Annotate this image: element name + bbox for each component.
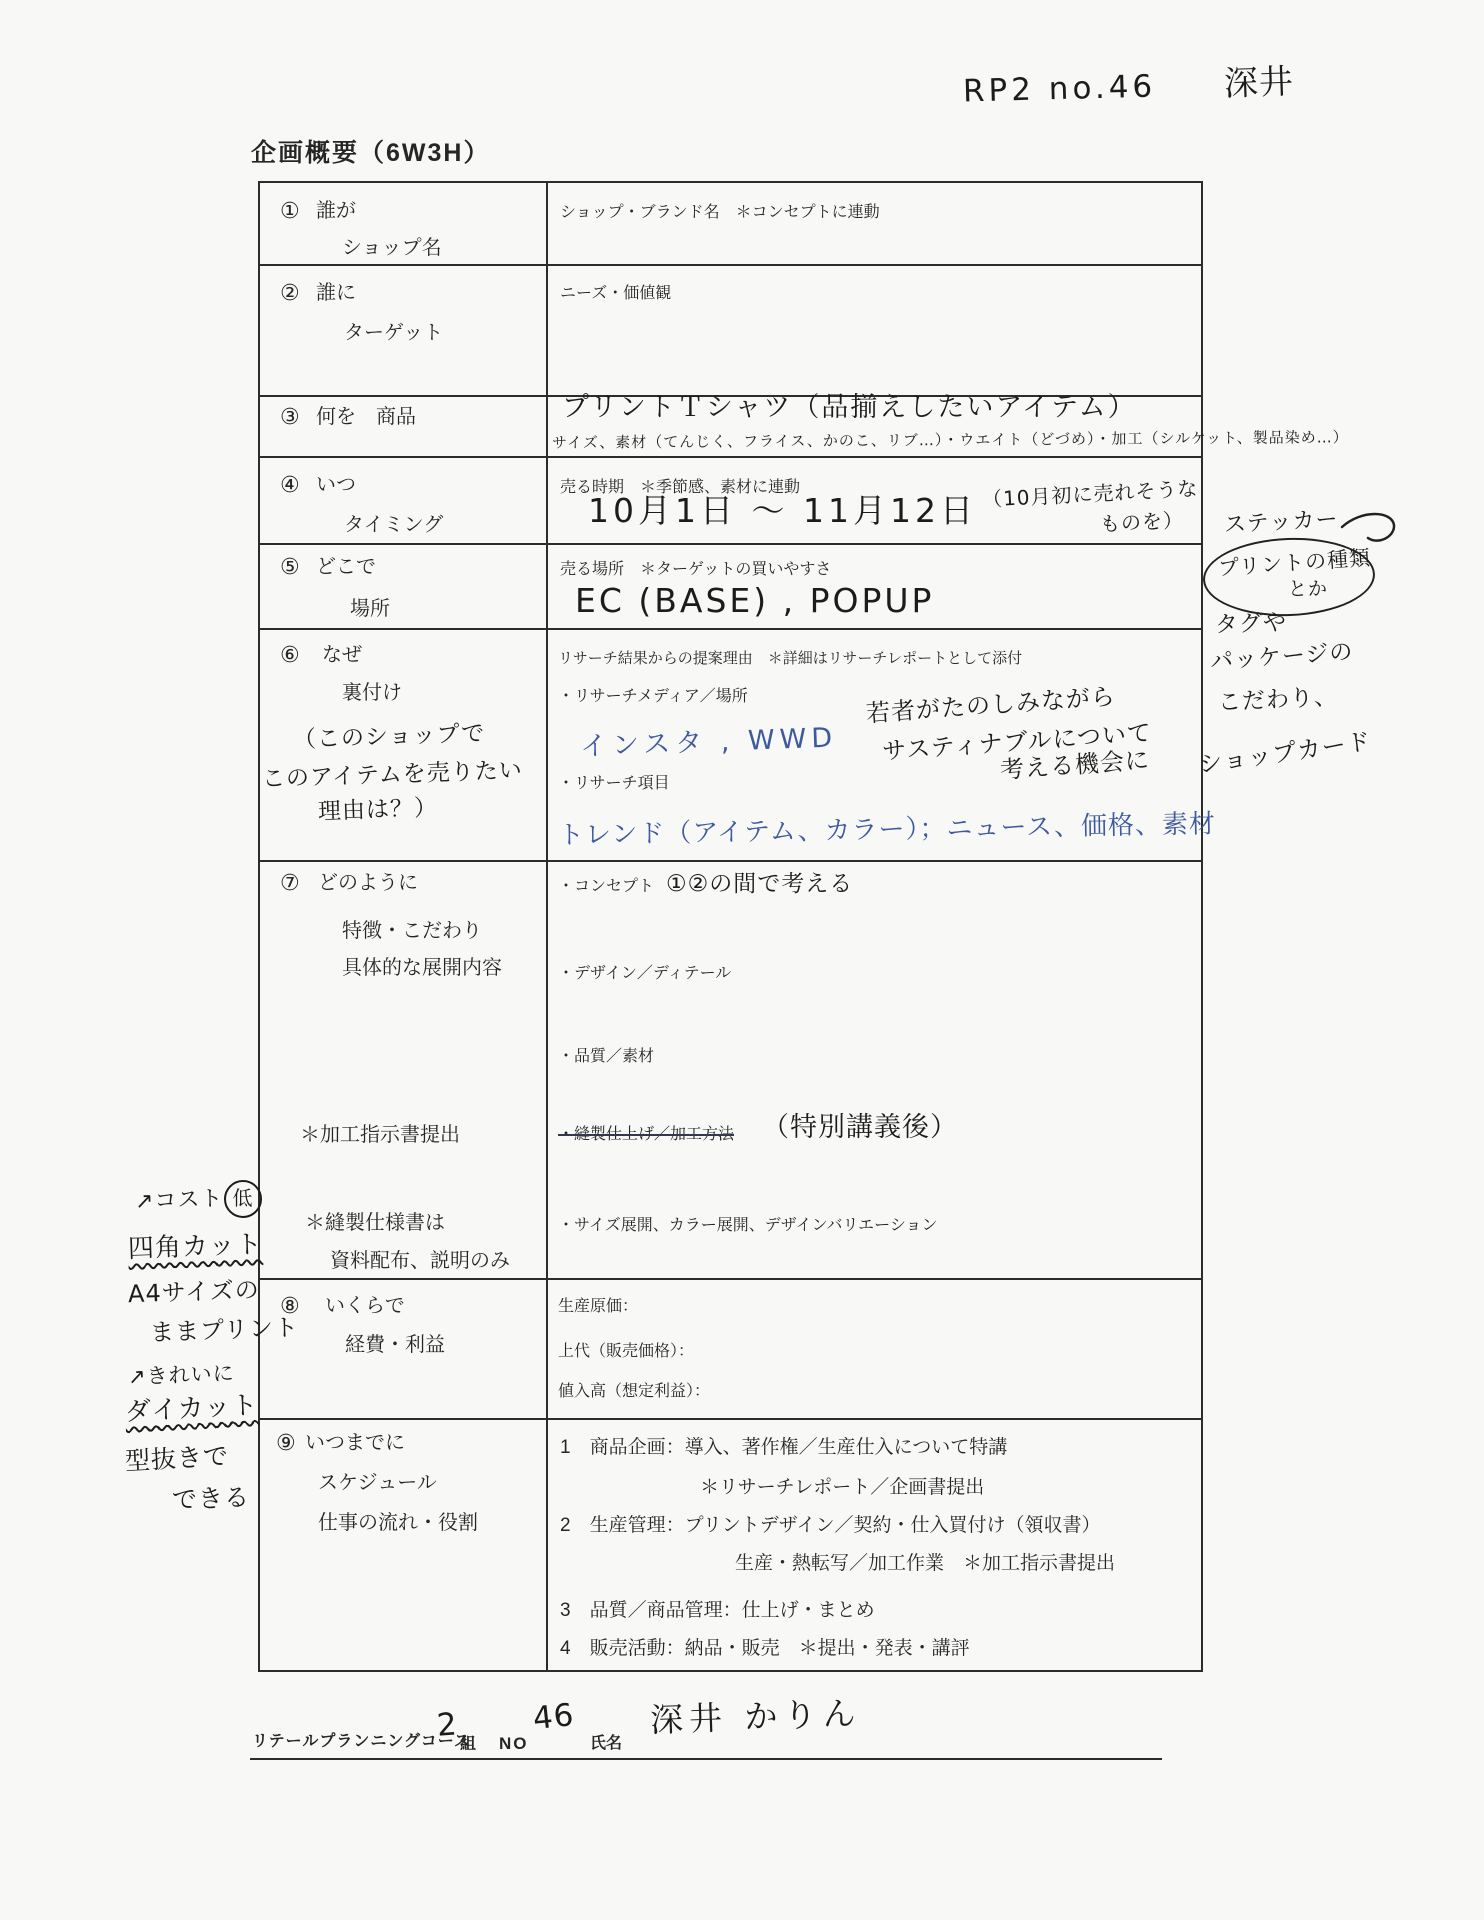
row8-cost-label: 生産原価： — [558, 1298, 638, 1316]
row7-sublabel-4: ＊縫製仕様書は — [305, 1212, 445, 1235]
row7-label: どのように — [318, 872, 418, 895]
row-divider-5 — [258, 628, 1203, 630]
row4-note-handwriting-line2: ものを） — [1099, 509, 1184, 536]
row1-label: 誰が — [316, 200, 356, 223]
row7-sublabel-3: ＊加工指示書提出 — [300, 1124, 460, 1147]
row2-number: ② — [280, 280, 300, 305]
margin-left-as-is-print: ままプリント — [150, 1314, 300, 1347]
row9-schedule-line5: 3 品質／商品管理：仕上げ・まとめ — [560, 1600, 875, 1622]
row3-label: 何を 商品 — [316, 406, 416, 429]
row6-media-label: ・リサーチメディア／場所 — [558, 688, 748, 706]
row1-content-label: ショップ・ブランド名 ＊コンセプトに連動 — [560, 204, 880, 222]
row9-label: いつまでに — [305, 1432, 405, 1455]
row7-sublabel-5: 資料配布、説明のみ — [330, 1250, 510, 1273]
row9-sublabel-2: 仕事の流れ・役割 — [318, 1512, 478, 1535]
row6-label: なぜ — [322, 644, 362, 667]
row5-place-handwriting: EC (BASE) , POPUP — [575, 582, 934, 620]
row9-schedule-line1: 1 商品企画：導入、著作権／生産仕入について特講 — [560, 1437, 1007, 1459]
row7-sublabel-2: 具体的な展開内容 — [342, 957, 502, 980]
margin-right-sticker: ステッカー — [1223, 507, 1339, 538]
footer-class-value: 2 — [436, 1707, 459, 1744]
row6-sublabel: 裏付け — [342, 682, 402, 705]
page-title: 企画概要（6W3H） — [251, 139, 490, 168]
row5-content-label: 売る場所 ＊ターゲットの買いやすさ — [560, 561, 831, 579]
row1-number: ① — [280, 198, 300, 223]
row9-sublabel-1: スケジュール — [318, 1472, 437, 1495]
row9-number: ⑨ — [276, 1430, 296, 1455]
margin-left-clean-arrow: ↗きれいに — [128, 1361, 235, 1389]
row9-schedule-line6: 4 販売活動：納品・販売 ＊提出・発表・講評 — [560, 1638, 970, 1660]
row7-sublabel-1: 特徴・こだわり — [342, 920, 482, 943]
row6-items-label: ・リサーチ項目 — [558, 775, 670, 793]
header-name: 深井 — [1223, 63, 1294, 105]
sticker-connector-squiggle — [1340, 505, 1400, 547]
header-code: RP2 no.46 — [963, 69, 1157, 110]
row7-concept-handwriting: ①②の間で考える — [666, 871, 853, 897]
scanned-planning-sheet: RP2 no.46 深井 企画概要（6W3H） ① 誰が ショップ名 ショップ・… — [0, 0, 1484, 1920]
row6-question-handwriting-line3: 理由は？） — [318, 795, 439, 826]
row7-size-label: ・サイズ展開、カラー展開、デザインバリエーション — [558, 1217, 938, 1235]
row-divider-3 — [258, 456, 1203, 458]
margin-left-cost-arrow: ↗コスト — [135, 1186, 224, 1214]
footer-name-value: 深井 かりん — [649, 1694, 862, 1739]
row9-schedule-line3: 2 生産管理：プリントデザイン／契約・仕入買付け（領収書） — [560, 1515, 1100, 1537]
row-divider-4 — [258, 543, 1203, 545]
footer-no-value: 46 — [531, 1698, 576, 1738]
row7-design-label: ・デザイン／ディテール — [558, 965, 731, 983]
row5-label: どこで — [316, 556, 376, 579]
row2-label: 誰に — [316, 282, 356, 305]
footer-no-label: NO — [499, 1734, 529, 1754]
row7-sewing-handwriting: （特別講義後） — [762, 1112, 958, 1143]
margin-left-a4-size: A4サイズの — [128, 1277, 261, 1309]
row6-content-label: リサーチ結果からの提案理由 ＊詳細はリサーチレポートとして添付 — [558, 650, 1022, 667]
margin-right-tag: タグや — [1215, 610, 1288, 639]
row8-label: いくらで — [325, 1295, 405, 1318]
row8-margin-label: 値入高（想定利益）： — [558, 1383, 710, 1401]
footer-class-unit-label: 組 — [460, 1736, 476, 1754]
row-divider-7 — [258, 1278, 1203, 1280]
row3-item-handwriting: プリントＴシャツ（品揃えしたいアイテム） — [562, 392, 1137, 423]
row-divider-8 — [258, 1418, 1203, 1420]
margin-right-kodawari: こだわり、 — [1217, 684, 1338, 717]
margin-right-package: パッケージの — [1209, 639, 1354, 675]
row2-sublabel: ターゲット — [344, 322, 443, 345]
margin-left-square-cut: 四角カット — [128, 1231, 264, 1266]
margin-left-can-do: できる — [172, 1484, 251, 1515]
row3-spec-handwriting: サイズ、素材（てんじく、フライス、かのこ、リブ…）・ウエイト（どづめ）・加工（シ… — [552, 429, 1349, 452]
row4-sublabel: タイミング — [344, 514, 443, 537]
row5-number: ⑤ — [280, 554, 300, 579]
row-divider-1 — [258, 264, 1203, 266]
row7-number: ⑦ — [280, 870, 300, 895]
row9-schedule-line4: 生産・熱転写／加工作業 ＊加工指示書提出 — [735, 1553, 1115, 1575]
row-divider-6 — [258, 860, 1203, 862]
row5-sublabel: 場所 — [350, 598, 390, 621]
row3-number: ③ — [280, 404, 300, 429]
footer-name-label: 氏名 — [590, 1735, 622, 1753]
margin-left-punch-out: 型抜きで — [124, 1442, 229, 1476]
row4-number: ④ — [280, 472, 300, 497]
row6-number: ⑥ — [280, 642, 300, 667]
row7-sewing-label-struck: ・縫製仕上げ／加工方法 — [558, 1126, 734, 1144]
row8-sublabel: 経費・利益 — [345, 1334, 445, 1357]
column-divider — [546, 181, 548, 1672]
margin-right-toka: とか — [1288, 579, 1328, 601]
row7-concept-label: ・コンセプト — [558, 878, 654, 896]
margin-left-die-cut: ダイカット — [124, 1392, 259, 1429]
row9-schedule-line2: ＊リサーチレポート／企画書提出 — [700, 1477, 984, 1499]
row4-period-handwriting: 10月1日 〜 11月12日 — [588, 492, 977, 530]
row2-content-label: ニーズ・価値観 — [560, 285, 671, 303]
row4-label: いつ — [316, 474, 356, 497]
row8-price-label: 上代（販売価格）： — [558, 1343, 694, 1361]
footer-underline — [250, 1758, 1162, 1760]
margin-left-low-circled: 低 — [224, 1180, 262, 1218]
margin-right-shop-card: ショップカード — [1197, 728, 1373, 780]
row1-sublabel: ショップ名 — [342, 237, 442, 260]
row7-quality-label: ・品質／素材 — [558, 1048, 654, 1066]
